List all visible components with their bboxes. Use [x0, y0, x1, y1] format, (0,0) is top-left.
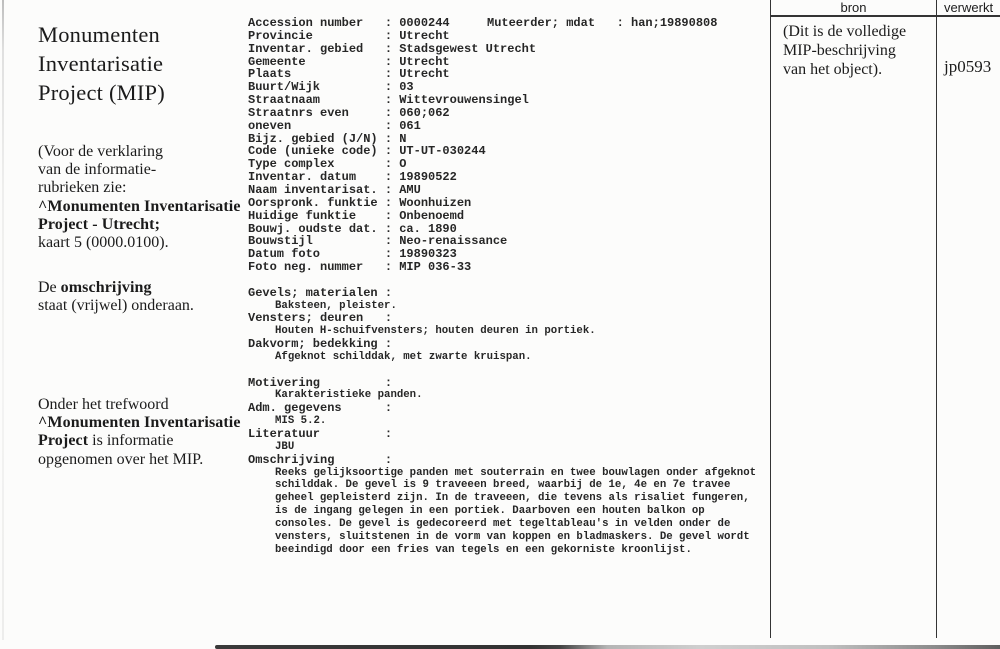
note-text: Onder het trefwoord — [38, 396, 169, 413]
note-line: Project is informatie — [38, 432, 241, 450]
note-text-bold: omschrijving — [61, 279, 152, 296]
bron-note-line: van het object). — [783, 60, 906, 79]
note-line: kaart 5 (0000.0100). — [38, 234, 241, 252]
record-field-row: Straatnaam : Wittevrouwensingel — [248, 94, 756, 107]
record-blank-line — [248, 364, 756, 377]
note-text: rubrieken zie: — [38, 179, 126, 196]
note-line: Onder het trefwoord — [38, 396, 241, 414]
note-line: De omschrijving — [38, 279, 194, 297]
note-line: opgenomen over het MIP. — [38, 451, 241, 469]
record-text-line: vensters, sluitstenen in de vorm van kop… — [248, 531, 756, 544]
bron-note-line: (Dit is de volledige — [783, 22, 906, 41]
verwerkt-column-header: verwerkt — [937, 1, 1000, 15]
record-field-row: Dakvorm; bedekking : — [248, 338, 756, 351]
record-field-row: Adm. gegevens : — [248, 402, 756, 415]
record-field-row: Omschrijving : — [248, 454, 756, 467]
record-text-line: Afgeknot schilddak, met zwarte kruispan. — [248, 351, 756, 364]
record-field-row: Vensters; deuren : — [248, 312, 756, 325]
title-line: Inventarisatie — [38, 49, 165, 78]
bron-note-line: MIP-beschrijving — [783, 41, 906, 60]
note-line: ^Monumenten Inventarisatie — [38, 198, 241, 216]
record-field-row: Straatnrs even : 060;062 — [248, 107, 756, 120]
explanation-note-trefwoord: Onder het trefwoord^Monumenten Inventari… — [38, 396, 241, 469]
note-text: kaart 5 (0000.0100). — [38, 234, 169, 251]
note-text: is informatie — [88, 432, 173, 449]
record-text-line: geheel gepleisterd zijn. In de traveeen,… — [248, 492, 756, 505]
record-field-row: Huidige funktie : Onbenoemd — [248, 210, 756, 223]
mip-record-card: MonumentenInventarisatieProject (MIP) (V… — [0, 0, 1000, 649]
page-title: MonumentenInventarisatieProject (MIP) — [38, 20, 165, 107]
note-line: van de informatie- — [38, 161, 241, 179]
note-line: (Voor de verklaring — [38, 143, 241, 161]
verwerkt-value: jp0593 — [944, 57, 991, 77]
bron-column-header: bron — [771, 1, 936, 15]
record-field-row: Accession number : 0000244Muteerder; mda… — [248, 17, 756, 30]
record-field-row: Oorspronk. funktie : Woonhuizen — [248, 197, 756, 210]
record-text-line: consoles. De gevel is gedecoreerd met te… — [248, 518, 756, 531]
record-field-row: oneven : 061 — [248, 120, 756, 133]
record-text-line: JBU — [248, 441, 756, 454]
note-text-bold: ^Monumenten Inventarisatie — [38, 198, 241, 215]
record-field-row: Provincie : Utrecht — [248, 30, 756, 43]
note-text: opgenomen over het MIP. — [38, 451, 203, 468]
note-text: van de informatie- — [38, 161, 156, 178]
explanation-note-legend: (Voor de verklaringvan de informatie-rub… — [38, 143, 241, 252]
note-line: ^Monumenten Inventarisatie — [38, 414, 241, 432]
note-line: Project - Utrecht; — [38, 216, 241, 234]
scan-artifact-left-edge — [2, 0, 4, 640]
bron-column-divider — [770, 0, 771, 638]
note-line: rubrieken zie: — [38, 179, 241, 197]
record-field-row: Foto neg. nummer : MIP 036-33 — [248, 261, 756, 274]
record-text-line: schilddak. De gevel is 9 traveeen breed,… — [248, 479, 756, 492]
record-text-line: beeindigd door een fries van tegels en e… — [248, 544, 756, 557]
record-blank-line — [248, 274, 756, 287]
record-muteerder-field: Muteerder; mdat : han;19890808 — [487, 17, 717, 30]
record-field-row: Naam inventarisat. : AMU — [248, 184, 756, 197]
note-text-bold: Project — [38, 432, 88, 449]
note-text-bold: ^Monumenten Inventarisatie — [38, 414, 241, 431]
record-fields: Accession number : 0000244Muteerder; mda… — [248, 17, 756, 556]
record-text-line: Reeks gelijksoortige panden met souterra… — [248, 467, 756, 480]
note-text: staat (vrijwel) onderaan. — [38, 297, 194, 314]
title-line: Project (MIP) — [38, 78, 165, 107]
record-field-row: Inventar. gebied : Stadsgewest Utrecht — [248, 43, 756, 56]
record-field-row: Literatuur : — [248, 428, 756, 441]
note-line: staat (vrijwel) onderaan. — [38, 297, 194, 315]
column-header-underline — [770, 15, 1000, 17]
note-text: (Voor de verklaring — [38, 143, 163, 160]
record-text-line: is de ingang gelegen in een portiek. Daa… — [248, 505, 756, 518]
bron-note: (Dit is de volledigeMIP-beschrijvingvan … — [783, 22, 906, 79]
note-text-bold: Project - Utrecht; — [38, 216, 160, 233]
note-text: De — [38, 279, 61, 296]
title-line: Monumenten — [38, 20, 165, 49]
record-field-row: Motivering : — [248, 377, 756, 390]
explanation-note-omschrijving: De omschrijvingstaat (vrijwel) onderaan. — [38, 279, 194, 315]
scan-artifact-bottom-edge — [215, 645, 1000, 649]
record-field-row: Gevels; materialen : — [248, 287, 756, 300]
verwerkt-column-divider — [936, 0, 937, 638]
